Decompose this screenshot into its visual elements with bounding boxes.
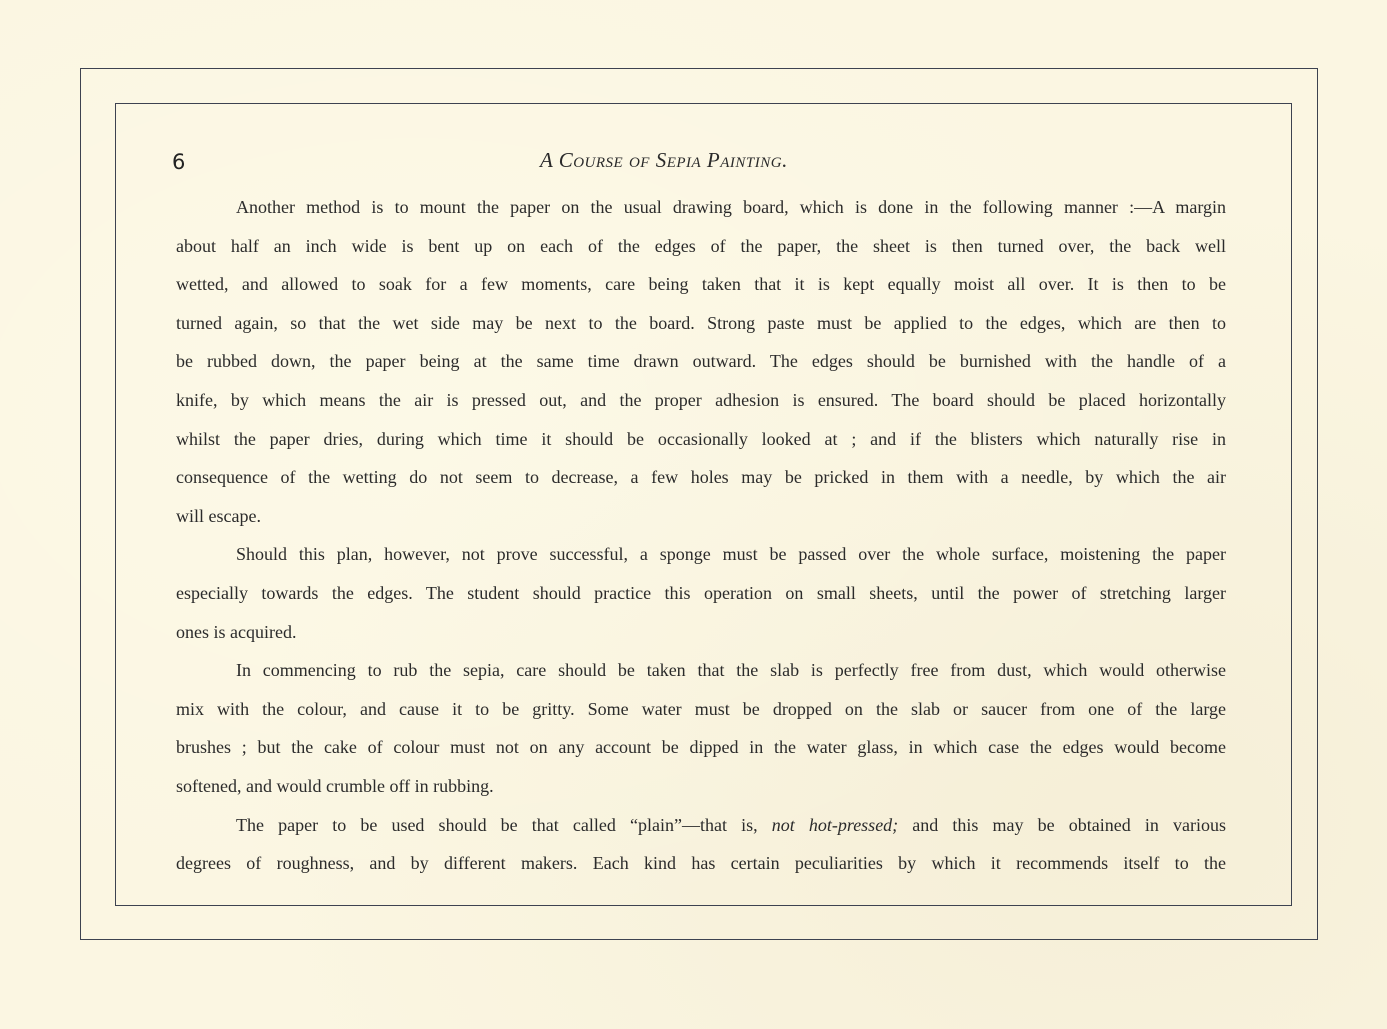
text-line: Another method is to mount the paper on … [176,188,1226,227]
paragraph-3: In commencing to rub the sepia, care sho… [176,651,1226,805]
text-line: whilst the paper dries, during which tim… [176,420,1226,459]
text-line: mix with the colour, and cause it to be … [176,690,1226,729]
text-line: The paper to be used should be that call… [176,806,1226,845]
page-number: 6 [172,150,185,174]
text-line: softened, and would crumble off in rubbi… [176,767,1226,806]
text-line: ones is acquired. [176,613,1226,652]
italic-emphasis: not hot-pressed; [772,815,898,835]
text-line: degrees of roughness, and by different m… [176,844,1226,883]
paragraph-4: The paper to be used should be that call… [176,806,1226,883]
paragraph-2: Should this plan, however, not prove suc… [176,535,1226,651]
paragraph-1: Another method is to mount the paper on … [176,188,1226,535]
text-line: especially towards the edges. The studen… [176,574,1226,613]
text-line: brushes ; but the cake of colour must no… [176,728,1226,767]
text-line: be rubbed down, the paper being at the s… [176,342,1226,381]
text-line: consequence of the wetting do not seem t… [176,458,1226,497]
text-line: Should this plan, however, not prove suc… [176,535,1226,574]
running-head: 6 A Course of Sepia Painting. [172,148,1232,178]
text-line: wetted, and allowed to soak for a few mo… [176,265,1226,304]
text-line: about half an inch wide is bent up on ea… [176,227,1226,266]
text-segment: and this may be obtained in various [898,815,1226,835]
text-line: turned again, so that the wet side may b… [176,304,1226,343]
body-text: Another method is to mount the paper on … [176,188,1226,883]
page-title: A Course of Sepia Painting. [540,148,788,173]
text-line: In commencing to rub the sepia, care sho… [176,651,1226,690]
text-segment: The paper to be used should be that call… [236,815,772,835]
text-line: knife, by which means the air is pressed… [176,381,1226,420]
text-line: will escape. [176,497,1226,536]
